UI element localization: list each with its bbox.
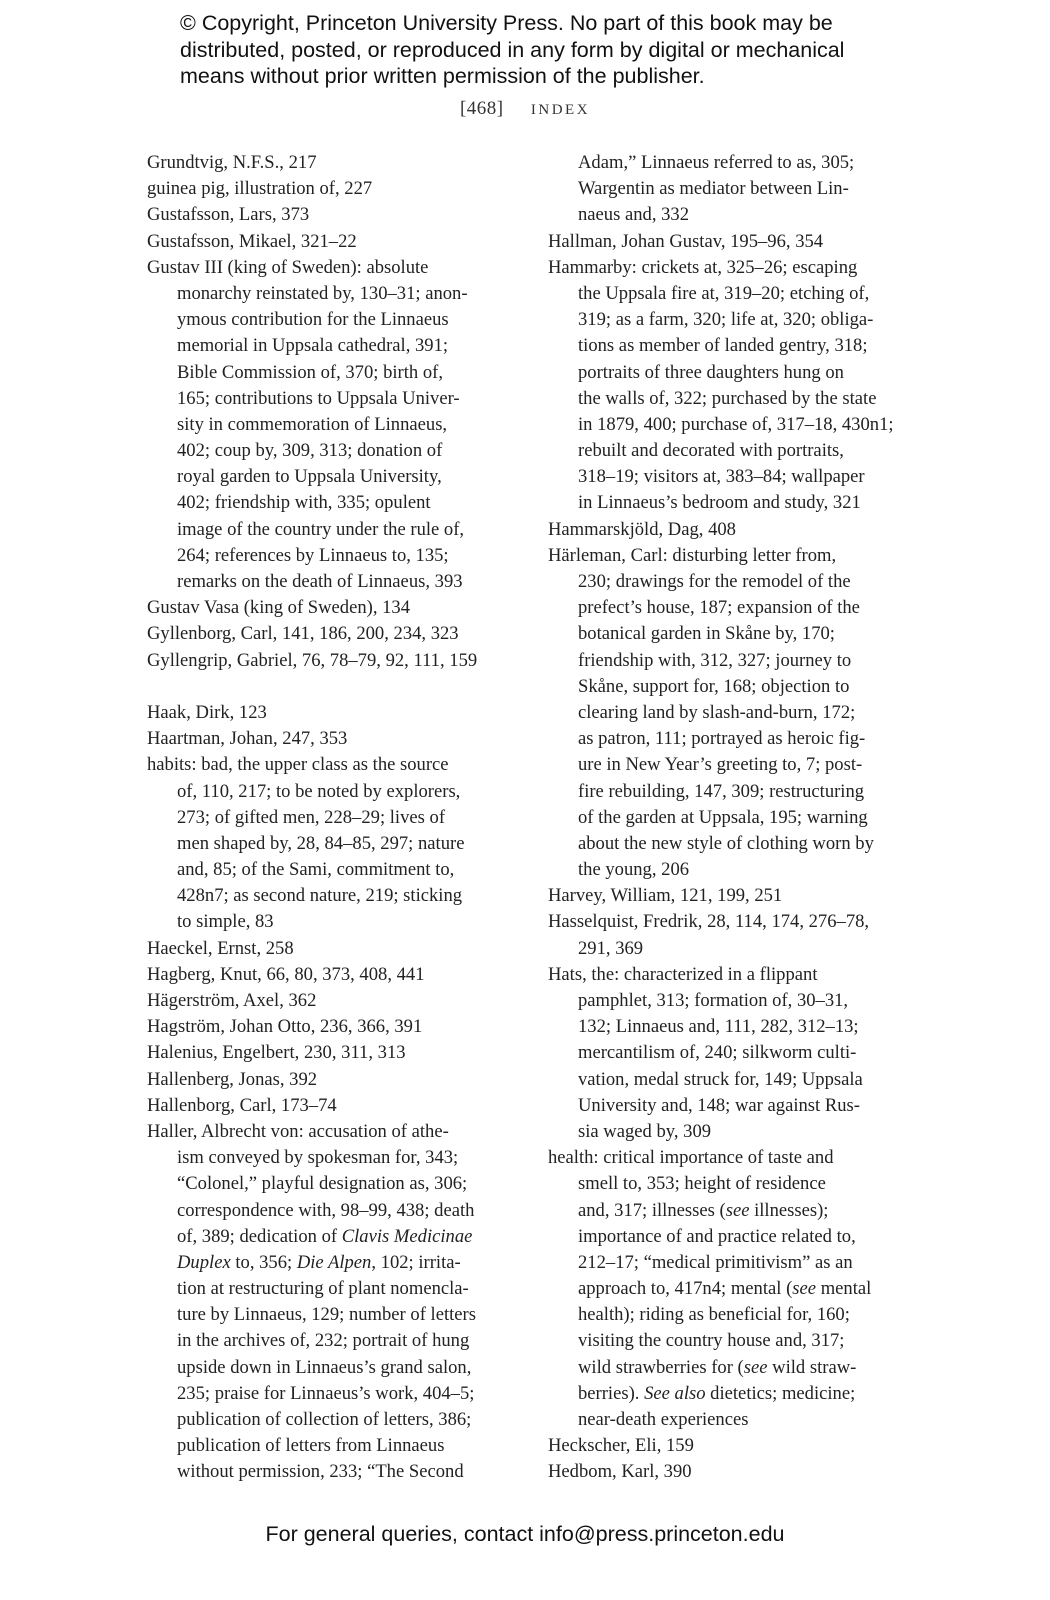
italic-text-run: see — [726, 1200, 750, 1221]
index-subentry-line: prefect’s house, 187; expansion of the — [548, 595, 918, 621]
index-subentry-line: smell to, 353; height of residence — [548, 1171, 918, 1197]
index-entry: Hasselquist, Fredrik, 28, 114, 174, 276–… — [548, 909, 918, 935]
index-entry: Hats, the: characterized in a flippant — [548, 962, 918, 988]
index-entry: Haeckel, Ernst, 258 — [147, 936, 517, 962]
text-run: wild straw- — [768, 1357, 857, 1378]
index-subentry-line: ism conveyed by spokesman for, 343; — [147, 1145, 517, 1171]
index-entry: Härleman, Carl: disturbing letter from, — [548, 543, 918, 569]
index-entry: Hallenberg, Jonas, 392 — [147, 1067, 517, 1093]
text-run: illnesses); — [749, 1200, 828, 1221]
copyright-notice: © Copyright, Princeton University Press.… — [180, 10, 900, 90]
index-subentry-line: berries). See also dietetics; medicine; — [548, 1381, 918, 1407]
text-run: to, 356; — [231, 1252, 297, 1273]
section-title: INDEX — [531, 102, 590, 118]
index-subentry-line: clearing land by slash-and-burn, 172; — [548, 700, 918, 726]
index-subentry-line: and, 317; illnesses (see illnesses); — [548, 1198, 918, 1224]
contact-footer: For general queries, contact info@press.… — [0, 1522, 1050, 1547]
index-entry: Grundtvig, N.F.S., 217 — [147, 150, 517, 176]
copyright-line: © Copyright, Princeton University Press.… — [180, 10, 900, 37]
index-subentry-line: sia waged by, 309 — [548, 1119, 918, 1145]
index-subentry-line: portraits of three daughters hung on — [548, 360, 918, 386]
index-entry: Haak, Dirk, 123 — [147, 700, 517, 726]
index-subentry-line: about the new style of clothing worn by — [548, 831, 918, 857]
index-entry: Hagberg, Knut, 66, 80, 373, 408, 441 — [147, 962, 517, 988]
index-subentry-line: sity in commemoration of Linnaeus, — [147, 412, 517, 438]
index-subentry-line: memorial in Uppsala cathedral, 391; — [147, 333, 517, 359]
index-subentry-line: botanical garden in Skåne by, 170; — [548, 621, 918, 647]
index-subentry-line: near-death experiences — [548, 1407, 918, 1433]
index-subentry-line: rebuilt and decorated with portraits, — [548, 438, 918, 464]
index-entry: Hammarskjöld, Dag, 408 — [548, 517, 918, 543]
index-subentry-line: the walls of, 322; purchased by the stat… — [548, 386, 918, 412]
index-subentry-line: Bible Commission of, 370; birth of, — [147, 360, 517, 386]
index-subentry-line: ture by Linnaeus, 129; number of letters — [147, 1302, 517, 1328]
running-head: [468] INDEX — [0, 98, 1050, 120]
copyright-line: distributed, posted, or reproduced in an… — [180, 37, 900, 64]
index-subentry-line: 402; friendship with, 335; opulent — [147, 490, 517, 516]
index-entry: Gyllengrip, Gabriel, 76, 78–79, 92, 111,… — [147, 648, 517, 674]
index-subentry-line: of, 110, 217; to be noted by explorers, — [147, 779, 517, 805]
page-number: [468] — [460, 98, 504, 119]
index-subentry-line: Skåne, support for, 168; objection to — [548, 674, 918, 700]
copyright-line: means without prior written permission o… — [180, 63, 900, 90]
index-entry: Haartman, Johan, 247, 353 — [147, 726, 517, 752]
index-subentry-line: image of the country under the rule of, — [147, 517, 517, 543]
text-run: dietetics; medicine; — [706, 1383, 856, 1404]
index-subentry-line: in Linnaeus’s bedroom and study, 321 — [548, 490, 918, 516]
index-subentry-line: and, 85; of the Sami, commitment to, — [147, 857, 517, 883]
text-run: berries). — [578, 1383, 644, 1404]
index-subentry-line: remarks on the death of Linnaeus, 393 — [147, 569, 517, 595]
index-subentry-line: friendship with, 312, 327; journey to — [548, 648, 918, 674]
index-subentry-line: 212–17; “medical primitivism” as an — [548, 1250, 918, 1276]
index-entry: Hagström, Johan Otto, 236, 366, 391 — [147, 1014, 517, 1040]
index-subentry-line: “Colonel,” playful designation as, 306; — [147, 1171, 517, 1197]
index-column-left: Grundtvig, N.F.S., 217guinea pig, illust… — [147, 150, 517, 1486]
italic-text-run: See also — [644, 1383, 705, 1404]
index-subentry-line: Wargentin as mediator between Lin- — [548, 176, 918, 202]
index-entry: Gustafsson, Lars, 373 — [147, 202, 517, 228]
index-entry: Hammarby: crickets at, 325–26; escaping — [548, 255, 918, 281]
index-entry: Haller, Albrecht von: accusation of athe… — [147, 1119, 517, 1145]
italic-text-run: Die Alpen — [297, 1252, 372, 1273]
index-column-right: Adam,” Linnaeus referred to as, 305;Warg… — [548, 150, 918, 1486]
index-subentry-line: tions as member of landed gentry, 318; — [548, 333, 918, 359]
text-run: , 102; irrita- — [371, 1252, 460, 1273]
index-entry: Gustav Vasa (king of Sweden), 134 — [147, 595, 517, 621]
index-subentry-line: University and, 148; war against Rus- — [548, 1093, 918, 1119]
index-subentry-line: visiting the country house and, 317; — [548, 1328, 918, 1354]
index-subentry-line: ymous contribution for the Linnaeus — [147, 307, 517, 333]
index-subentry-line: 132; Linnaeus and, 111, 282, 312–13; — [548, 1014, 918, 1040]
index-subentry-line: without permission, 233; “The Second — [147, 1459, 517, 1485]
index-subentry-line: 428n7; as second nature, 219; sticking — [147, 883, 517, 909]
index-subentry-line: approach to, 417n4; mental (see mental — [548, 1276, 918, 1302]
index-subentry-line: wild strawberries for (see wild straw- — [548, 1355, 918, 1381]
letter-section-gap — [147, 674, 517, 700]
text-run: approach to, 417n4; mental ( — [578, 1278, 792, 1299]
italic-text-run: Duplex — [177, 1252, 231, 1273]
index-subentry-line: vation, medal struck for, 149; Uppsala — [548, 1067, 918, 1093]
index-subentry-line: 273; of gifted men, 228–29; lives of — [147, 805, 517, 831]
index-subentry-line: publication of letters from Linnaeus — [147, 1433, 517, 1459]
index-subentry-line: upside down in Linnaeus’s grand salon, — [147, 1355, 517, 1381]
index-subentry-line: in 1879, 400; purchase of, 317–18, 430n1… — [548, 412, 918, 438]
index-subentry-line: naeus and, 332 — [548, 202, 918, 228]
index-entry: Hallenborg, Carl, 173–74 — [147, 1093, 517, 1119]
index-subentry-line: tion at restructuring of plant nomencla- — [147, 1276, 517, 1302]
index-subentry-line: of the garden at Uppsala, 195; warning — [548, 805, 918, 831]
index-entry: Harvey, William, 121, 199, 251 — [548, 883, 918, 909]
index-subentry-line: royal garden to Uppsala University, — [147, 464, 517, 490]
index-subentry-line: the young, 206 — [548, 857, 918, 883]
text-run: and, 317; illnesses ( — [578, 1200, 726, 1221]
index-entry: Gustafsson, Mikael, 321–22 — [147, 229, 517, 255]
index-subentry-line: 319; as a farm, 320; life at, 320; oblig… — [548, 307, 918, 333]
index-subentry-line: pamphlet, 313; formation of, 30–31, — [548, 988, 918, 1014]
index-entry: Heckscher, Eli, 159 — [548, 1433, 918, 1459]
italic-text-run: Clavis Medicinae — [342, 1226, 473, 1247]
index-entry: Gyllenborg, Carl, 141, 186, 200, 234, 32… — [147, 621, 517, 647]
index-entry: Halenius, Engelbert, 230, 311, 313 — [147, 1040, 517, 1066]
index-subentry-line: correspondence with, 98–99, 438; death — [147, 1198, 517, 1224]
index-subentry-line: in the archives of, 232; portrait of hun… — [147, 1328, 517, 1354]
index-subentry-line: importance of and practice related to, — [548, 1224, 918, 1250]
text-run: of, 389; dedication of — [177, 1226, 342, 1247]
index-entry: habits: bad, the upper class as the sour… — [147, 752, 517, 778]
index-subentry-line: ure in New Year’s greeting to, 7; post- — [548, 752, 918, 778]
index-subentry-line: the Uppsala fire at, 319–20; etching of, — [548, 281, 918, 307]
text-run: wild strawberries for ( — [578, 1357, 744, 1378]
index-entry: Hallman, Johan Gustav, 195–96, 354 — [548, 229, 918, 255]
text-run: mental — [816, 1278, 871, 1299]
index-subentry-line: of, 389; dedication of Clavis Medicinae — [147, 1224, 517, 1250]
index-subentry-line: 165; contributions to Uppsala Univer- — [147, 386, 517, 412]
index-subentry-line: 264; references by Linnaeus to, 135; — [147, 543, 517, 569]
index-subentry-line: Duplex to, 356; Die Alpen, 102; irrita- — [147, 1250, 517, 1276]
index-subentry-line: as patron, 111; portrayed as heroic fig- — [548, 726, 918, 752]
index-subentry-line: publication of collection of letters, 38… — [147, 1407, 517, 1433]
index-subentry-line: monarchy reinstated by, 130–31; anon- — [147, 281, 517, 307]
index-subentry-line: 402; coup by, 309, 313; donation of — [147, 438, 517, 464]
index-subentry-line: mercantilism of, 240; silkworm culti- — [548, 1040, 918, 1066]
index-subentry-line: Adam,” Linnaeus referred to as, 305; — [548, 150, 918, 176]
index-subentry-line: 318–19; visitors at, 383–84; wallpaper — [548, 464, 918, 490]
italic-text-run: see — [792, 1278, 816, 1299]
index-subentry-line: 291, 369 — [548, 936, 918, 962]
index-subentry-line: fire rebuilding, 147, 309; restructuring — [548, 779, 918, 805]
italic-text-run: see — [744, 1357, 768, 1378]
index-entry: health: critical importance of taste and — [548, 1145, 918, 1171]
index-subentry-line: health); riding as beneficial for, 160; — [548, 1302, 918, 1328]
index-subentry-line: men shaped by, 28, 84–85, 297; nature — [147, 831, 517, 857]
index-entry: guinea pig, illustration of, 227 — [147, 176, 517, 202]
index-entry: Hägerström, Axel, 362 — [147, 988, 517, 1014]
index-entry: Gustav III (king of Sweden): absolute — [147, 255, 517, 281]
index-subentry-line: 235; praise for Linnaeus’s work, 404–5; — [147, 1381, 517, 1407]
index-entry: Hedbom, Karl, 390 — [548, 1459, 918, 1485]
index-subentry-line: 230; drawings for the remodel of the — [548, 569, 918, 595]
index-subentry-line: to simple, 83 — [147, 909, 517, 935]
